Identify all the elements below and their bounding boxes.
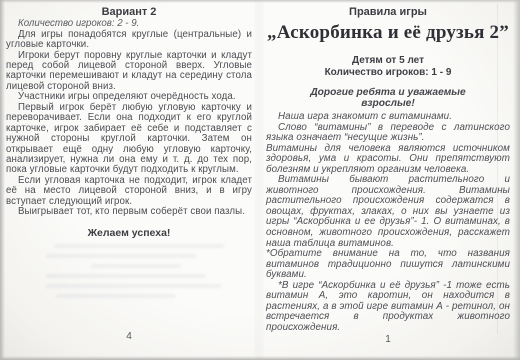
intro-paragraph: Слово “витамины” в переводе с латинского…: [266, 123, 510, 144]
scan-edge-left: [0, 0, 5, 360]
intro-paragraph: Витамины для человека являются источнико…: [266, 144, 510, 176]
page-number-left: 4: [6, 331, 252, 342]
scan-edge-right: [513, 0, 520, 360]
booklet-page-left: Вариант 2 Количество игроков: 2 - 9. Для…: [6, 0, 252, 360]
rules-paragraph: Игроки берут поровну круглые карточки и …: [6, 51, 252, 93]
scanned-booklet-spread: Вариант 2 Количество игроков: 2 - 9. Для…: [0, 0, 520, 360]
footnote-paragraph: *В игре “Аскорбинка и её друзья” -1 тоже…: [266, 281, 510, 334]
booklet-page-right: Правила игры „Аскорбинка и её друзья 2” …: [266, 0, 510, 360]
age-line: Детям от 5 лет: [266, 55, 510, 66]
intro-paragraph: Витамины бывают растительного и животног…: [266, 175, 510, 249]
game-title: „Аскорбинка и её друзья 2”: [266, 22, 510, 44]
intro-paragraph: Наша игра знакомит с витаминами.: [266, 112, 510, 123]
rules-paragraph: Если угловая карточка не подходит, игрок…: [6, 176, 252, 207]
salutation: Дорогие ребята и уважаемые взрослые!: [283, 87, 493, 109]
page-gutter: [254, 0, 264, 360]
page-number-right: 1: [266, 334, 510, 345]
rules-paragraph: Выигрывает тот, кто первым соберёт свои …: [6, 207, 252, 217]
rules-paragraph: Для игры понадобятся круглые (центральны…: [6, 30, 252, 51]
page-crease-line: [497, 4, 498, 334]
rules-kicker: Правила игры: [266, 6, 510, 18]
variant-heading: Вариант 2: [6, 6, 252, 18]
rules-paragraph: Первый игрок берёт любую угловую карточк…: [6, 103, 252, 176]
players-count-line: Количество игроков: 2 - 9.: [6, 19, 252, 30]
players-count-line: Количество игроков: 1 - 9: [266, 67, 510, 78]
footnote-paragraph: *Обратите внимание на то, что названия в…: [266, 249, 510, 281]
closing-wish: Желаем успеха!: [6, 227, 252, 239]
bleed-through-text: [46, 244, 231, 304]
